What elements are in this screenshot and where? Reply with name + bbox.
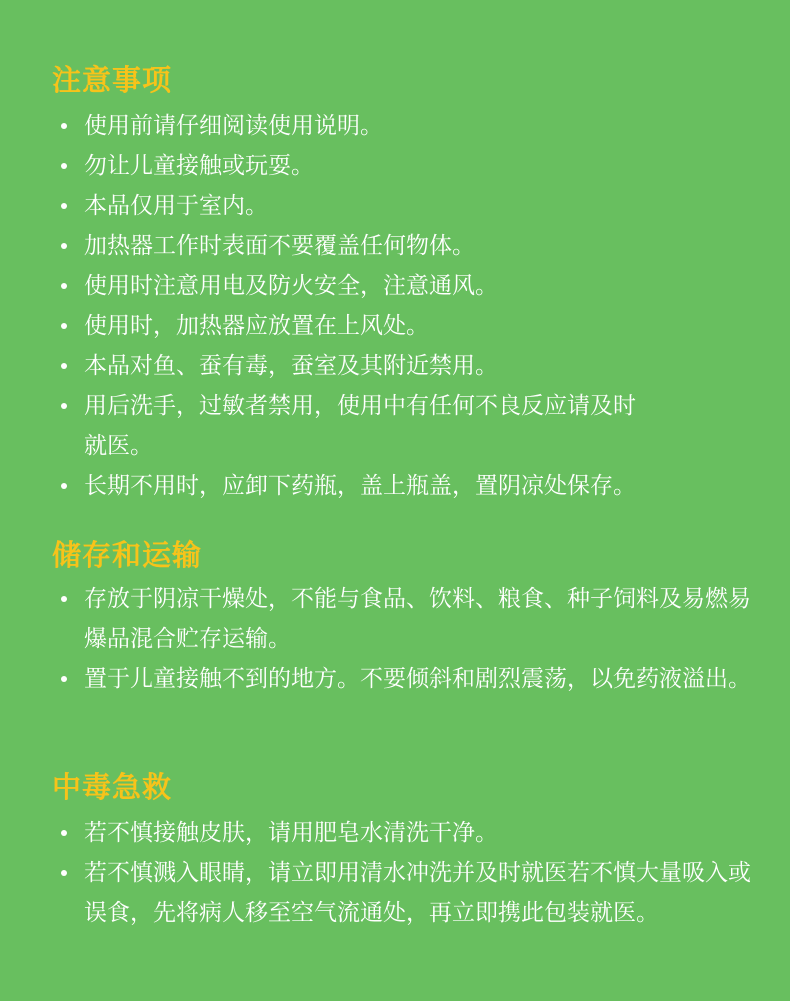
list-item: 若不慎接触皮肤，请用肥皂水清洗干净。 (52, 813, 752, 853)
bullet-icon (61, 676, 67, 682)
bullet-icon (61, 403, 67, 409)
bullet-icon (61, 596, 67, 602)
section-title: 储存和运输 (52, 535, 752, 575)
bullet-icon (61, 283, 67, 289)
list-item: 置于儿童接触不到的地方。不要倾斜和剧烈震荡，以免药液溢出。 (52, 659, 752, 699)
list-item: 存放于阴凉干燥处，不能与食品、饮料、粮食、种子饲料及易燃易爆品混合贮存运输。 (52, 579, 752, 659)
bullet-icon (61, 323, 67, 329)
list-item: 使用时注意用电及防火安全，注意通风。 (52, 266, 752, 306)
bullet-icon (61, 830, 67, 836)
precautions-page: 注意事项 使用前请仔细阅读使用说明。 勿让儿童接触或玩耍。 本品仅用于室内。 加… (0, 0, 790, 1001)
bullet-icon (61, 123, 67, 129)
storage-list: 存放于阴凉干燥处，不能与食品、饮料、粮食、种子饲料及易燃易爆品混合贮存运输。 置… (52, 579, 752, 699)
list-item: 勿让儿童接触或玩耍。 (52, 146, 752, 186)
bullet-icon (61, 203, 67, 209)
list-item: 长期不用时，应卸下药瓶，盖上瓶盖，置阴凉处保存。 (52, 466, 752, 506)
section-precautions: 注意事项 使用前请仔细阅读使用说明。 勿让儿童接触或玩耍。 本品仅用于室内。 加… (52, 60, 752, 506)
list-item: 本品仅用于室内。 (52, 186, 752, 226)
list-item: 用后洗手，过敏者禁用，使用中有任何不良反应请及时就医。 (52, 386, 644, 466)
list-item: 加热器工作时表面不要覆盖任何物体。 (52, 226, 752, 266)
bullet-icon (61, 483, 67, 489)
list-item: 使用时，加热器应放置在上风处。 (52, 306, 752, 346)
section-storage-transport: 储存和运输 存放于阴凉干燥处，不能与食品、饮料、粮食、种子饲料及易燃易爆品混合贮… (52, 535, 752, 699)
section-title: 注意事项 (52, 60, 752, 100)
bullet-icon (61, 870, 67, 876)
first-aid-list: 若不慎接触皮肤，请用肥皂水清洗干净。 若不慎溅入眼睛，请立即用清水冲洗并及时就医… (52, 813, 752, 933)
bullet-icon (61, 363, 67, 369)
list-item: 使用前请仔细阅读使用说明。 (52, 106, 752, 146)
list-item: 本品对鱼、蚕有毒，蚕室及其附近禁用。 (52, 346, 752, 386)
bullet-icon (61, 163, 67, 169)
bullet-icon (61, 243, 67, 249)
section-poisoning-first-aid: 中毒急救 若不慎接触皮肤，请用肥皂水清洗干净。 若不慎溅入眼睛，请立即用清水冲洗… (52, 767, 752, 933)
list-item: 若不慎溅入眼睛，请立即用清水冲洗并及时就医若不慎大量吸入或误食，先将病人移至空气… (52, 853, 752, 933)
precautions-list: 使用前请仔细阅读使用说明。 勿让儿童接触或玩耍。 本品仅用于室内。 加热器工作时… (52, 106, 752, 506)
section-title: 中毒急救 (52, 767, 752, 807)
